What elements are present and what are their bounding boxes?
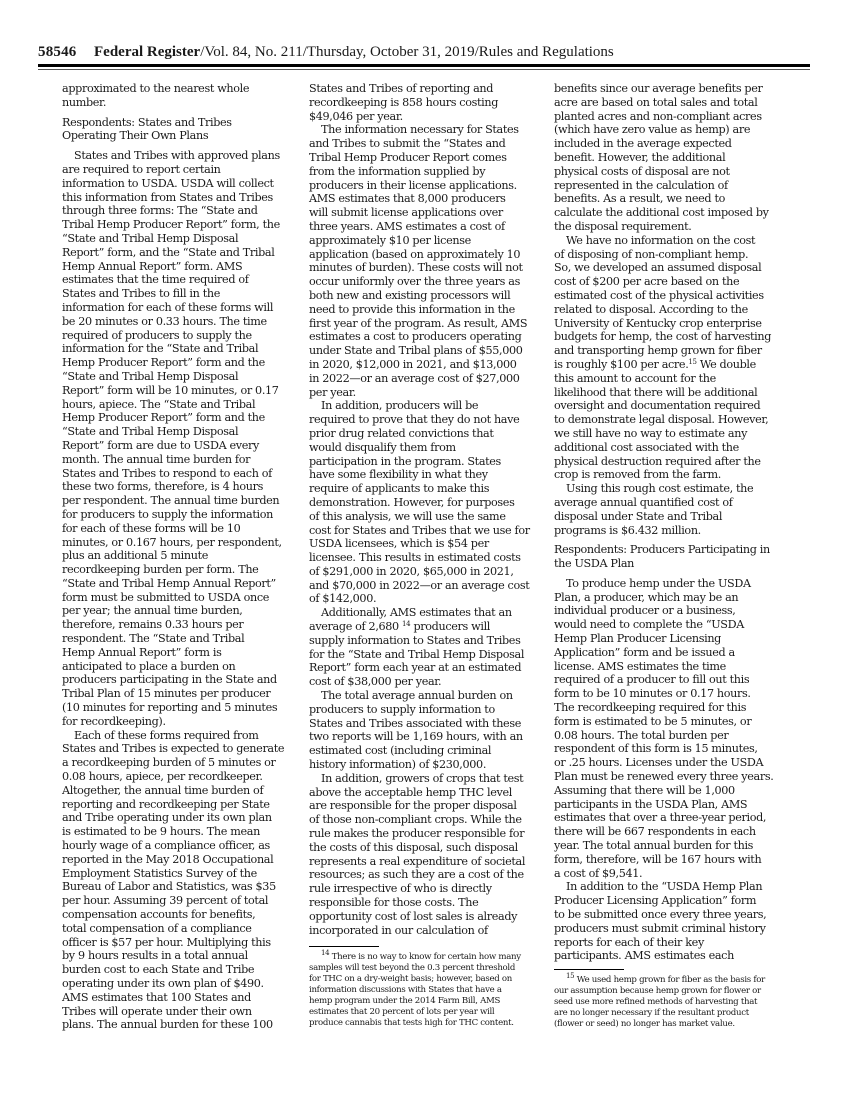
- paragraph: approximated to the nearest wholenumber.: [62, 82, 300, 110]
- text-line: licensee. This results in estimated cost…: [309, 551, 547, 565]
- text-line: form is estimated to be 5 minutes, or: [554, 715, 798, 729]
- text-line: approximated to the nearest whole: [62, 82, 300, 96]
- text-line: year. The total annual burden for this: [554, 839, 798, 853]
- text-line: rule irrespective of who is directly: [309, 882, 547, 896]
- text-line: the disposal requirement.: [554, 220, 798, 234]
- text-line: two reports will be 1,169 hours, with an: [309, 730, 547, 744]
- publication-details: /Vol. 84, No. 211/Thursday, October 31, …: [200, 44, 614, 60]
- text-line: supply information to States and Tribes: [309, 634, 547, 648]
- text-line: Respondents: Producers Participating in: [554, 543, 798, 557]
- text-line: will submit license applications over: [309, 206, 547, 220]
- text-line: reported in the May 2018 Occupational: [62, 853, 300, 867]
- text-line: In addition, growers of crops that test: [309, 772, 547, 786]
- text-line: Using this rough cost estimate, the: [554, 482, 798, 496]
- text-line: in 2022—or an average cost of $27,000: [309, 372, 547, 386]
- text-line: or .25 hours. Licenses under the USDA: [554, 756, 798, 770]
- text-line: AMS estimates that 100 States and: [62, 991, 300, 1005]
- text-line: responsible for those costs. The: [309, 896, 547, 910]
- text-line: benefit. However, the additional: [554, 151, 798, 165]
- text-line: history information) of $230,000.: [309, 758, 547, 772]
- text-line: plans. The annual burden for these 100: [62, 1018, 300, 1032]
- footnote-rule-14: [309, 946, 379, 947]
- paragraph: We have no information on the costof dis…: [554, 234, 798, 482]
- text-line: benefits. As a result, we need to: [554, 192, 798, 206]
- text-line: officer is $57 per hour. Multiplying thi…: [62, 936, 300, 950]
- text-line: compensation accounts for benefits,: [62, 908, 300, 922]
- text-line: to be submitted once every three years,: [554, 908, 798, 922]
- footnote-number: 14: [321, 949, 329, 957]
- text-line: resources; as such they are a cost of th…: [309, 868, 547, 882]
- footnote-line: seed use more refined methods of harvest…: [554, 997, 798, 1008]
- text-line: Additionally, AMS estimates that an: [309, 606, 547, 620]
- text-line: represents a real expenditure of societa…: [309, 855, 547, 869]
- text-line: participants in the USDA Plan, AMS: [554, 798, 798, 812]
- text-line: information for each of these forms will: [62, 301, 300, 315]
- footnote-number: 15: [566, 972, 574, 980]
- text-line: these two forms, therefore, is 4 hours: [62, 480, 300, 494]
- text-line: for each of these forms will be 10: [62, 522, 300, 536]
- footnote-line: 15 We used hemp grown for fiber as the b…: [554, 975, 798, 986]
- text-line: required of a producer to fill out this: [554, 673, 798, 687]
- text-line: respondent of this form is 15 minutes,: [554, 742, 798, 756]
- section-heading: Respondents: Producers Participating int…: [554, 543, 798, 571]
- footnote-line: for THC on a dry-weight basis; however, …: [309, 974, 547, 985]
- text-line: is estimated to be 9 hours. The mean: [62, 825, 300, 839]
- text-line: opportunity cost of lost sales is alread…: [309, 910, 547, 924]
- text-line: “State and Tribal Hemp Disposal: [62, 425, 300, 439]
- text-line: recordkeeping burden per form. The: [62, 563, 300, 577]
- text-line: through three forms: The “State and: [62, 204, 300, 218]
- text-line: additional cost associated with the: [554, 441, 798, 455]
- text-line: Tribal Plan of 15 minutes per producer: [62, 687, 300, 701]
- text-line: form must be submitted to USDA once: [62, 591, 300, 605]
- text-line: would disqualify them from: [309, 441, 547, 455]
- text-line: To produce hemp under the USDA: [554, 577, 798, 591]
- column-1: approximated to the nearest wholenumber.…: [62, 82, 300, 1032]
- text-line: recordkeeping is 858 hours costing: [309, 96, 547, 110]
- paragraph: Additionally, AMS estimates that anavera…: [309, 606, 547, 689]
- text-line: physical destruction required after the: [554, 455, 798, 469]
- text-line: above the acceptable hemp THC level: [309, 786, 547, 800]
- text-line: States and Tribes associated with these: [309, 717, 547, 731]
- text-line: likelihood that there will be additional: [554, 386, 798, 400]
- text-line: first year of the program. As result, AM…: [309, 317, 547, 331]
- footnote-line: estimates that 20 percent of lots per ye…: [309, 1007, 547, 1018]
- footnote-line: our assumption because hemp grown for fl…: [554, 986, 798, 997]
- text-line: of $142,000.: [309, 592, 547, 606]
- text-line: have some flexibility in what they: [309, 468, 547, 482]
- text-line: total compensation of a compliance: [62, 922, 300, 936]
- text-line: and transporting hemp grown for fiber: [554, 344, 798, 358]
- text-line: Hemp Producer Report” form and the: [62, 411, 300, 425]
- text-line: reports for each of their key: [554, 936, 798, 950]
- text-line: therefore, remains 0.33 hours per: [62, 618, 300, 632]
- text-line: the USDA Plan: [554, 557, 798, 571]
- text-line: Employment Statistics Survey of the: [62, 867, 300, 881]
- text-line: So, we developed an assumed disposal: [554, 261, 798, 275]
- footnote-line: (flower or seed) no longer has market va…: [554, 1019, 798, 1030]
- text-line: Application” form and be issued a: [554, 646, 798, 660]
- text-line: of this analysis, we will use the same: [309, 510, 547, 524]
- text-line: “State and Tribal Hemp Disposal: [62, 370, 300, 384]
- paragraph: Each of these forms required fromStates …: [62, 729, 300, 1033]
- text-line: 0.08 hours, apiece, per recordkeeper.: [62, 770, 300, 784]
- footnote-line: 14 There is no way to know for certain h…: [309, 952, 547, 963]
- text-line: States and Tribes of reporting and: [309, 82, 547, 96]
- text-line: demonstration. However, for purposes: [309, 496, 547, 510]
- text-line: States and Tribes with approved plans: [62, 149, 300, 163]
- footnote-line: produce cannabis that tests high for THC…: [309, 1018, 547, 1029]
- text-line: a recordkeeping burden of 5 minutes or: [62, 756, 300, 770]
- text-line: crop is removed from the farm.: [554, 468, 798, 482]
- text-line: related to disposal. According to the: [554, 303, 798, 317]
- footnote-line: samples will test beyond the 0.3 percent…: [309, 963, 547, 974]
- text-line: Each of these forms required from: [62, 729, 300, 743]
- text-line: are responsible for the proper disposal: [309, 799, 547, 813]
- text-line: (which have zero value as hemp) are: [554, 123, 798, 137]
- text-line: required of producers to supply the: [62, 329, 300, 343]
- text-line: estimates a cost to producers operating: [309, 330, 547, 344]
- text-line: of disposing of non-compliant hemp.: [554, 248, 798, 262]
- text-line: (10 minutes for reporting and 5 minutes: [62, 701, 300, 715]
- paragraph: States and Tribes with approved plansare…: [62, 149, 300, 728]
- text-line: producers to supply information to: [309, 703, 547, 717]
- text-line: calculate the additional cost imposed by: [554, 206, 798, 220]
- text-line: anticipated to place a burden on: [62, 660, 300, 674]
- text-line: need to provide this information in the: [309, 303, 547, 317]
- page-number: 58546: [38, 44, 77, 61]
- text-line: reporting and recordkeeping per State: [62, 798, 300, 812]
- text-line: The total average annual burden on: [309, 689, 547, 703]
- text-line: cost for States and Tribes that we use f…: [309, 524, 547, 538]
- text-line: license. AMS estimates the time: [554, 660, 798, 674]
- text-line: programs is $6.432 million.: [554, 524, 798, 538]
- footnote-15: 15 We used hemp grown for fiber as the b…: [554, 975, 798, 1030]
- text-line: participation in the program. States: [309, 455, 547, 469]
- footnote-ref-14: 14: [402, 620, 410, 628]
- text-line: occur uniformly over the three years as: [309, 275, 547, 289]
- text-line: be 20 minutes or 0.33 hours. The time: [62, 315, 300, 329]
- text-line: estimated cost of the physical activitie…: [554, 289, 798, 303]
- text-line: information for the “State and Tribal: [62, 342, 300, 356]
- column-2: States and Tribes of reporting andrecord…: [309, 82, 547, 937]
- text-line: oversight and documentation required: [554, 399, 798, 413]
- text-line: the costs of this disposal, such disposa…: [309, 841, 547, 855]
- text-line: The information necessary for States: [309, 123, 547, 137]
- text-line: producers must submit criminal history: [554, 922, 798, 936]
- paragraph: The total average annual burden onproduc…: [309, 689, 547, 772]
- text-line: 0.08 hours. The total burden per: [554, 729, 798, 743]
- text-line: individual producer or a business,: [554, 604, 798, 618]
- text-line: estimated cost (including criminal: [309, 744, 547, 758]
- text-line: Report” form will be 10 minutes, or 0.17: [62, 384, 300, 398]
- publication-title: Federal Register: [94, 44, 200, 60]
- text-line: to demonstrate legal disposal. However,: [554, 413, 798, 427]
- text-line: Operating Their Own Plans: [62, 129, 300, 143]
- paragraph: Using this rough cost estimate, theavera…: [554, 482, 798, 537]
- text-line: for recordkeeping).: [62, 715, 300, 729]
- text-line: both new and existing processors will: [309, 289, 547, 303]
- text-line: budgets for hemp, the cost of harvesting: [554, 330, 798, 344]
- text-line: University of Kentucky crop enterprise: [554, 317, 798, 331]
- text-line: three years. AMS estimates a cost of: [309, 220, 547, 234]
- text-line: form, therefore, will be 167 hours with: [554, 853, 798, 867]
- text-line: physical costs of disposal are not: [554, 165, 798, 179]
- text-line: States and Tribes to respond to each of: [62, 467, 300, 481]
- text-line: USDA licensees, which is $54 per: [309, 537, 547, 551]
- footnote-ref-15: 15: [688, 358, 696, 366]
- text-line: producers participating in the State and: [62, 673, 300, 687]
- text-line: “State and Tribal Hemp Disposal: [62, 232, 300, 246]
- text-line: and Tribes to submit the “States and: [309, 137, 547, 151]
- paragraph: The information necessary for Statesand …: [309, 123, 547, 399]
- text-line: operating under its own plan of $490.: [62, 977, 300, 991]
- text-line: Tribal Hemp Producer Report comes: [309, 151, 547, 165]
- text-line: Tribal Hemp Producer Report” form, the: [62, 218, 300, 232]
- paragraph: In addition to the “USDA Hemp PlanProduc…: [554, 880, 798, 963]
- text-line: number.: [62, 96, 300, 110]
- text-line: Report” form are due to USDA every: [62, 439, 300, 453]
- text-line: AMS estimates that 8,000 producers: [309, 192, 547, 206]
- text-line: under State and Tribal plans of $55,000: [309, 344, 547, 358]
- text-line: incorporated in our calculation of: [309, 924, 547, 938]
- text-line: this amount to account for the: [554, 372, 798, 386]
- footnote-line: information discussions with States that…: [309, 985, 547, 996]
- text-line: in 2020, $12,000 in 2021, and $13,000: [309, 358, 547, 372]
- text-line: Bureau of Labor and Statistics, was $35: [62, 880, 300, 894]
- text-line: per year; the annual time burden,: [62, 604, 300, 618]
- text-line: approximately $10 per license: [309, 234, 547, 248]
- text-line: “State and Tribal Hemp Annual Report”: [62, 577, 300, 591]
- text-line: Hemp Plan Producer Licensing: [554, 632, 798, 646]
- footnote-line: are no longer necessary if the resultant…: [554, 1008, 798, 1019]
- text-line: month. The annual time burden for: [62, 453, 300, 467]
- text-line: there will be 667 respondents in each: [554, 825, 798, 839]
- text-line: estimates that the time required of: [62, 273, 300, 287]
- text-line: form to be 10 minutes or 0.17 hours.: [554, 687, 798, 701]
- text-line: per respondent. The annual time burden: [62, 494, 300, 508]
- text-line: In addition, producers will be: [309, 399, 547, 413]
- column-3: benefits since our average benefits pera…: [554, 82, 798, 963]
- text-line: included in the average expected: [554, 137, 798, 151]
- text-line: required to prove that they do not have: [309, 413, 547, 427]
- text-line: States and Tribes is expected to generat…: [62, 742, 300, 756]
- paragraph: States and Tribes of reporting andrecord…: [309, 82, 547, 123]
- paragraph: In addition, growers of crops that testa…: [309, 772, 547, 938]
- header-rule-thin: [38, 69, 810, 70]
- text-line: rule makes the producer responsible for: [309, 827, 547, 841]
- text-line: for the “State and Tribal Hemp Disposal: [309, 648, 547, 662]
- paragraph: benefits since our average benefits pera…: [554, 82, 798, 234]
- text-line: and Tribe operating under its own plan: [62, 811, 300, 825]
- text-line: from the information supplied by: [309, 165, 547, 179]
- paragraph: In addition, producers will berequired t…: [309, 399, 547, 606]
- text-line: Plan, a producer, which may be an: [554, 591, 798, 605]
- text-line: is roughly $100 per acre.15 We double: [554, 358, 798, 372]
- text-line: for producers to supply the information: [62, 508, 300, 522]
- text-line: Assuming that there will be 1,000: [554, 784, 798, 798]
- text-line: we still have no way to estimate any: [554, 427, 798, 441]
- text-line: cost of $38,000 per year.: [309, 675, 547, 689]
- text-line: producers in their license applications.: [309, 179, 547, 193]
- text-line: We have no information on the cost: [554, 234, 798, 248]
- text-line: Tribes will operate under their own: [62, 1005, 300, 1019]
- text-line: average annual quantified cost of: [554, 496, 798, 510]
- text-line: hourly wage of a compliance officer, as: [62, 839, 300, 853]
- text-line: average of 2,680 14 producers will: [309, 620, 547, 634]
- text-line: planted acres and non-compliant acres: [554, 110, 798, 124]
- text-line: are required to report certain: [62, 163, 300, 177]
- text-line: cost of $200 per acre based on the: [554, 275, 798, 289]
- text-line: per year.: [309, 386, 547, 400]
- paragraph: To produce hemp under the USDAPlan, a pr…: [554, 577, 798, 881]
- text-line: acre are based on total sales and total: [554, 96, 798, 110]
- text-line: of those non-compliant crops. While the: [309, 813, 547, 827]
- text-line: would need to complete the “USDA: [554, 618, 798, 632]
- text-line: and $70,000 in 2022—or an average cost: [309, 579, 547, 593]
- text-line: respondent. The “State and Tribal: [62, 632, 300, 646]
- text-line: $49,046 per year.: [309, 110, 547, 124]
- text-line: Plan must be renewed every three years.: [554, 770, 798, 784]
- section-heading: Respondents: States and TribesOperating …: [62, 116, 300, 144]
- text-line: Producer Licensing Application” form: [554, 894, 798, 908]
- text-line: represented in the calculation of: [554, 179, 798, 193]
- text-line: Hemp Producer Report” form and the: [62, 356, 300, 370]
- text-line: a cost of $9,541.: [554, 867, 798, 881]
- text-line: benefits since our average benefits per: [554, 82, 798, 96]
- text-line: States and Tribes to fill in the: [62, 287, 300, 301]
- text-line: plus an additional 5 minute: [62, 549, 300, 563]
- text-line: Report” form each year at an estimated: [309, 661, 547, 675]
- text-line: Altogether, the annual time burden of: [62, 784, 300, 798]
- text-line: hours, apiece. The “State and Tribal: [62, 398, 300, 412]
- text-line: Report” form, and the “State and Tribal: [62, 246, 300, 260]
- text-line: application (based on approximately 10: [309, 248, 547, 262]
- text-line: participants. AMS estimates each: [554, 949, 798, 963]
- text-line: minutes of burden). These costs will not: [309, 261, 547, 275]
- text-line: The recordkeeping required for this: [554, 701, 798, 715]
- text-line: per hour. Assuming 39 percent of total: [62, 894, 300, 908]
- footnote-14: 14 There is no way to know for certain h…: [309, 952, 547, 1029]
- text-line: burden cost to each State and Tribe: [62, 963, 300, 977]
- text-line: In addition to the “USDA Hemp Plan: [554, 880, 798, 894]
- footnote-rule-15: [554, 969, 624, 970]
- text-line: of $291,000 in 2020, $65,000 in 2021,: [309, 565, 547, 579]
- text-line: Hemp Annual Report” form. AMS: [62, 260, 300, 274]
- text-line: require of applicants to make this: [309, 482, 547, 496]
- footnote-line: hemp program under the 2014 Farm Bill, A…: [309, 996, 547, 1007]
- text-line: this information from States and Tribes: [62, 191, 300, 205]
- text-line: Hemp Annual Report” form is: [62, 646, 300, 660]
- text-line: minutes, or 0.167 hours, per respondent,: [62, 536, 300, 550]
- text-line: by 9 hours results in a total annual: [62, 949, 300, 963]
- text-line: information to USDA. USDA will collect: [62, 177, 300, 191]
- text-line: disposal under State and Tribal: [554, 510, 798, 524]
- header-rule-thick: [38, 64, 810, 67]
- text-line: prior drug related convictions that: [309, 427, 547, 441]
- publication-line: Federal Register/Vol. 84, No. 211/Thursd…: [94, 44, 614, 61]
- text-line: Respondents: States and Tribes: [62, 116, 300, 130]
- text-line: estimates that over a three-year period,: [554, 811, 798, 825]
